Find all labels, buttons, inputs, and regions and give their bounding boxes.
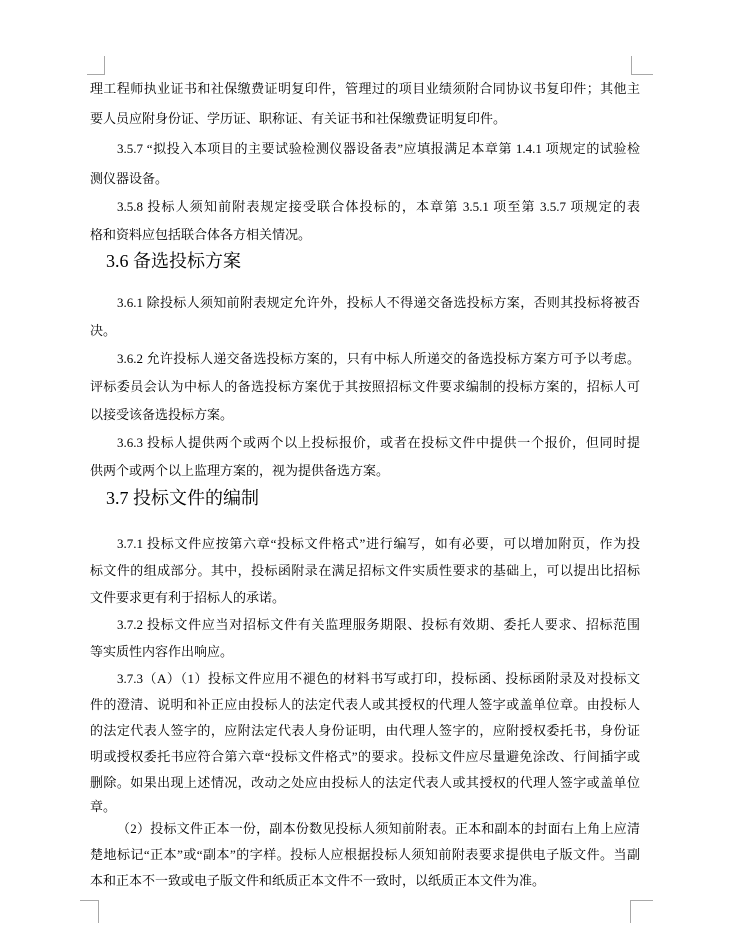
para-358-line-2: 格和资料应包括联合体各方相关情况。: [90, 225, 640, 245]
para-356-continuation-line-2: 要人员应附身份证、学历证、职称证、有关证书和社保缴费证明复印件。: [90, 109, 640, 129]
para-373-1-line-5: 删除。如果出现上述情况，改动之处应由投标人的法定代表人或其授权的代理人签字或盖单…: [90, 773, 640, 793]
section-heading-3-6: 3.6 备选投标方案: [90, 248, 640, 274]
para-356-continuation-line-1: 理工程师执业证书和社保缴费证明复印件，管理过的项目业绩须附合同协议书复印件；其他…: [90, 79, 640, 99]
para-373-1-line-2: 件的澄清、说明和补正应由投标人的法定代表人或其授权的代理人签字或盖单位章。由投标…: [90, 695, 640, 715]
para-372-line-2: 等实质性内容作出响应。: [90, 642, 640, 662]
para-373-2-line-2: 楚地标记“正本”或“副本”的字样。投标人应根据投标人须知前附表要求提供电子版文件…: [90, 845, 640, 865]
margin-crop-mark-top-left: [87, 56, 105, 75]
para-363-line-2: 供两个或两个以上监理方案的，视为提供备选方案。: [90, 461, 640, 481]
para-373-2-line-1: （2）投标文件正本一份，副本份数见投标人须知前附表。正本和副本的封面右上角上应清: [90, 819, 640, 839]
margin-crop-mark-bottom-right: [630, 900, 653, 923]
para-373-1-line-6: 章。: [90, 797, 640, 817]
para-362-line-1: 3.6.2 允许投标人递交备选投标方案的，只有中标人所递交的备选投标方案方可予以…: [90, 349, 640, 369]
document-page: 理工程师执业证书和社保缴费证明复印件，管理过的项目业绩须附合同协议书复印件；其他…: [0, 0, 731, 939]
para-361-line-1: 3.6.1 除投标人须知前附表规定允许外，投标人不得递交备选投标方案，否则其投标…: [90, 293, 640, 313]
para-358-line-1: 3.5.8 投标人须知前附表规定接受联合体投标的，本章第 3.5.1 项至第 3…: [90, 197, 640, 217]
para-373-2-line-3: 本和正本不一致或电子版文件和纸质正本文件不一致时，以纸质正本文件为准。: [90, 871, 640, 891]
para-362-line-3: 以接受该备选投标方案。: [90, 405, 640, 425]
para-372-line-1: 3.7.2 投标文件应当对招标文件有关监理服务期限、投标有效期、委托人要求、招标…: [90, 615, 640, 635]
para-373-1-line-3: 的法定代表人签字的，应附法定代表人身份证明，由代理人签字的，应附授权委托书，身份…: [90, 721, 640, 741]
margin-crop-mark-bottom-left: [80, 900, 99, 923]
para-373-1-line-4: 明或授权委托书应符合第六章“投标文件格式”的要求。投标文件应尽量避免涂改、行间插…: [90, 747, 640, 767]
para-362-line-2: 评标委员会认为中标人的备选投标方案优于其按照招标文件要求编制的投标方案的，招标人…: [90, 377, 640, 397]
para-371-line-1: 3.7.1 投标文件应按第六章“投标文件格式”进行编写，如有必要，可以增加附页，…: [90, 534, 640, 554]
para-363-line-1: 3.6.3 投标人提供两个或两个以上投标报价，或者在投标文件中提供一个报价，但同…: [90, 433, 640, 453]
para-361-line-2: 决。: [90, 321, 640, 341]
section-heading-3-7: 3.7 投标文件的编制: [90, 485, 640, 511]
para-371-line-2: 标文件的组成部分。其中，投标函附录在满足招标文件实质性要求的基础上，可以提出比招…: [90, 561, 640, 581]
para-371-line-3: 文件要求更有利于招标人的承诺。: [90, 588, 640, 608]
para-373-1-line-1: 3.7.3（A）（1）投标文件应用不褪色的材料书写或打印，投标函、投标函附录及对…: [90, 669, 640, 689]
para-357-line-2: 测仪器设备。: [90, 169, 640, 189]
para-357-line-1: 3.5.7 “拟投入本项目的主要试验检测仪器设备表”应填报满足本章第 1.4.1…: [90, 139, 640, 159]
margin-crop-mark-top-right: [631, 56, 653, 75]
